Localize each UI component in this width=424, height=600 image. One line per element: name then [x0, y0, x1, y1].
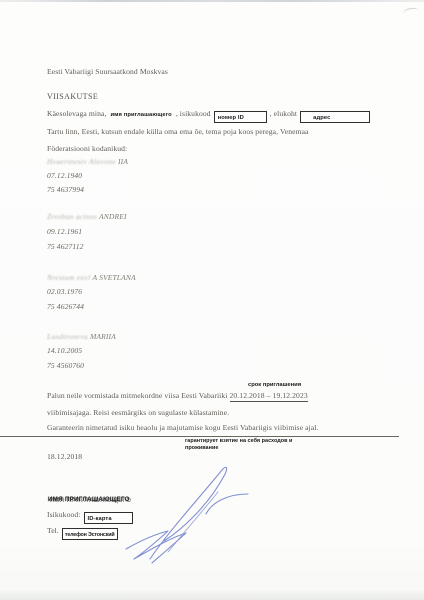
redacted-name-smudge: Hvaertnesiv Aluvone [47, 157, 116, 166]
intro-line-2: Tartu linn, Eesti, kutsun endale külla o… [47, 127, 309, 137]
person-passport: 75 4627112 [47, 242, 84, 252]
document-date: 18.12.2018 [47, 452, 82, 462]
scan-top-edge [0, 0, 424, 2]
request-text: Palun neile vormistada mitmekordne viisa… [47, 391, 228, 400]
redacted-name-tail: IIA [118, 157, 128, 166]
person-dob: 07.12.1940 [47, 171, 82, 181]
intro-part3: , elukoht [270, 109, 297, 118]
visa-dates-underlined: 20.12.2018 – 19.12.2023 [230, 391, 308, 402]
redacted-name-smudge: Zresbun actnse [47, 212, 97, 221]
person-passport: 75 4637994 [47, 185, 84, 195]
redacted-name-smudge: Nrestum eovl [47, 273, 91, 282]
intro-part1: Käesolevaga mina, [47, 109, 106, 118]
signature-scribble [108, 452, 338, 572]
person-dob: 14.10.2005 [47, 346, 82, 356]
person-passport: 75 4626744 [47, 302, 84, 312]
recipient-line: Eesti Vabariigi Suursaatkond Moskvas [47, 67, 168, 77]
intro-part2: , isikukood [176, 109, 211, 118]
annotation-visa-period: срок приглашения [248, 382, 301, 389]
redacted-name-tail: A SVETLANA [92, 273, 135, 282]
person-name: Lusdtroneva MARIIA [47, 332, 116, 342]
person-dob: 02.03.1976 [47, 287, 82, 297]
isikukood-label: Isikukood: [47, 510, 81, 519]
person-dob: 09.12.1961 [47, 227, 82, 237]
field-id-number[interactable]: номер ID [214, 111, 267, 123]
request-line-2: viibimisajaga. Reisi eesmärgiks on sugul… [47, 408, 229, 418]
document-title: VIISAKUTSE [47, 92, 98, 102]
person-name: Zresbun actnse ANDREI [47, 212, 127, 222]
signature-stroke [126, 531, 186, 563]
person-name: Hvaertnesiv Aluvone IIA [47, 157, 128, 167]
signature-stroke [150, 467, 227, 559]
intro-line-1: Käesolevaga mina, имя приглашающего , is… [47, 109, 371, 123]
scan-corner-mark [403, 7, 419, 17]
redacted-name-smudge: Lusdtroneva [47, 332, 88, 341]
scan-bottom-edge [0, 591, 424, 600]
request-line-1: Palun neile vormistada mitmekordne viisa… [47, 391, 308, 401]
scanned-visa-invitation: Eesti Vabariigi Suursaatkond Moskvas VII… [0, 0, 424, 600]
guarantee-line: Garanteerin nimetatud isiku heaolu ja ma… [0, 423, 399, 437]
redacted-name-tail: MARIIA [90, 332, 116, 341]
annotation-guarantee-note-2: проживание [185, 445, 218, 452]
annotation-guarantee-note-1: гарантирует взятие на себя расходов и [185, 438, 292, 445]
annotation-inviter-name: имя приглашающего [110, 112, 171, 118]
redacted-name-tail: ANDREI [99, 212, 127, 221]
tel-label: Tel. [47, 526, 59, 535]
person-passport: 75 4560760 [47, 361, 84, 371]
signature-stroke [206, 494, 248, 514]
field-address[interactable]: адрес [300, 111, 370, 123]
intro-line-3: Föderatsiooni kodanikud: [47, 144, 127, 154]
person-name: Nrestum eovl A SVETLANA [47, 273, 136, 283]
